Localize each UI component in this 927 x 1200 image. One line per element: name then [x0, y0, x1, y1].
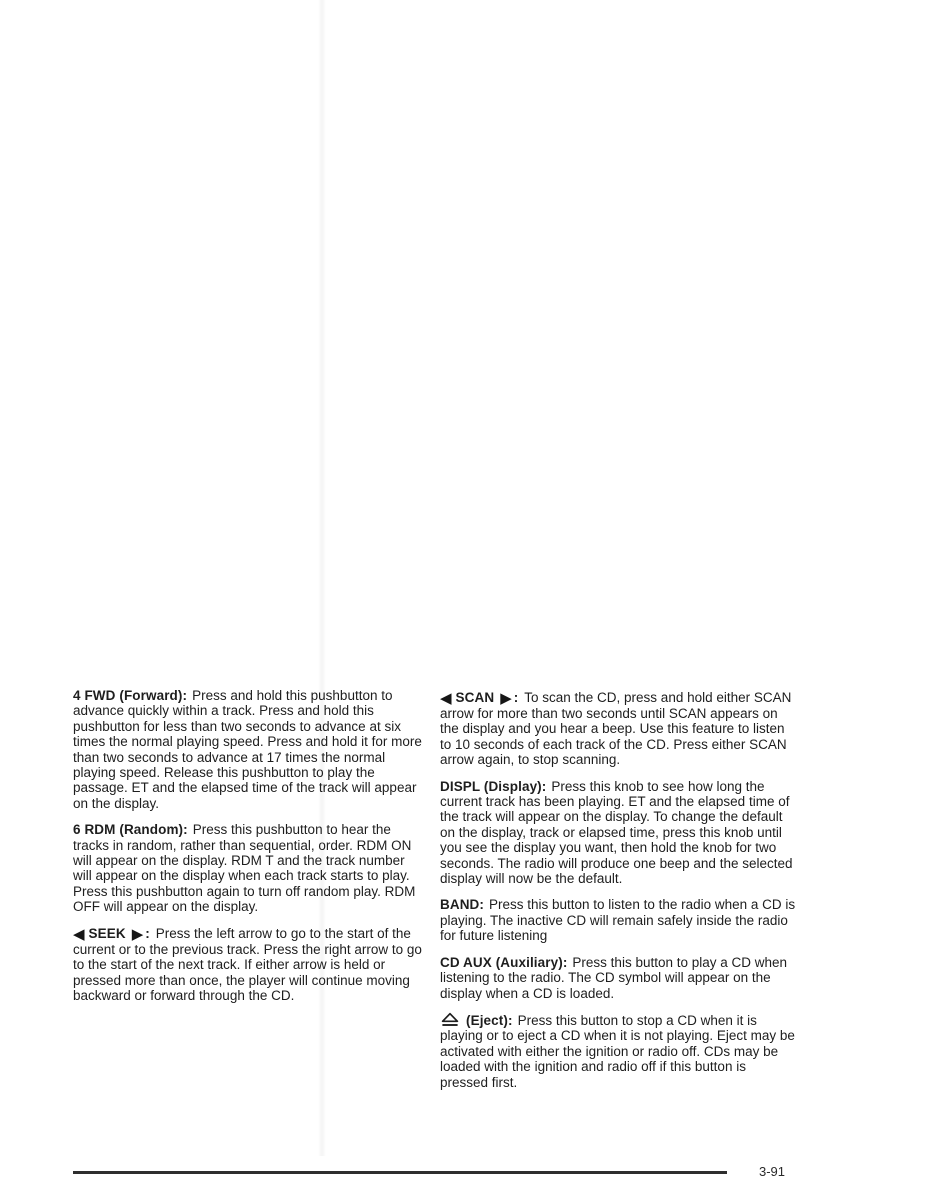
- scan-colon: :: [514, 690, 519, 705]
- paragraph-displ: DISPL (Display):Press this knob to see h…: [440, 779, 796, 887]
- paragraph-cdaux: CD AUX (Auxiliary):Press this button to …: [440, 955, 796, 1001]
- scan-right-triangle-icon: ▶: [500, 690, 512, 707]
- fwd-label: 4 FWD (Forward):: [73, 688, 187, 703]
- eject-icon: [440, 1012, 460, 1027]
- paragraph-scan: ◀SCAN▶:To scan the CD, press and hold ei…: [440, 690, 796, 768]
- paragraph-rdm: 6 RDM (Random):Press this pushbutton to …: [73, 822, 425, 914]
- seek-label: SEEK: [89, 926, 126, 941]
- footer-rule: [73, 1171, 727, 1174]
- seek-left-triangle-icon: ◀: [73, 926, 85, 943]
- band-label: BAND:: [440, 897, 484, 912]
- page-number: 3-91: [759, 1164, 785, 1179]
- band-body: Press this button to listen to the radio…: [440, 897, 795, 943]
- right-column: ◀SCAN▶:To scan the CD, press and hold ei…: [440, 690, 796, 1090]
- rdm-label: 6 RDM (Random):: [73, 822, 188, 837]
- cdaux-label: CD AUX (Auxiliary):: [440, 955, 567, 970]
- paragraph-seek: ◀SEEK▶:Press the left arrow to go to the…: [73, 926, 425, 1004]
- seek-colon: :: [145, 926, 150, 941]
- displ-body: Press this knob to see how long the curr…: [440, 779, 793, 886]
- scan-label: SCAN: [456, 690, 495, 705]
- displ-label: DISPL (Display):: [440, 779, 546, 794]
- left-column: 4 FWD (Forward):Press and hold this push…: [73, 688, 425, 1003]
- manual-page: 4 FWD (Forward):Press and hold this push…: [0, 0, 927, 1200]
- paragraph-fwd: 4 FWD (Forward):Press and hold this push…: [73, 688, 425, 811]
- seek-right-triangle-icon: ▶: [132, 926, 144, 943]
- scan-left-triangle-icon: ◀: [440, 690, 452, 707]
- eject-label: (Eject):: [466, 1013, 513, 1028]
- fwd-body: Press and hold this pushbutton to advanc…: [73, 688, 422, 811]
- paragraph-eject: (Eject):Press this button to stop a CD w…: [440, 1012, 796, 1090]
- paragraph-band: BAND:Press this button to listen to the …: [440, 897, 796, 943]
